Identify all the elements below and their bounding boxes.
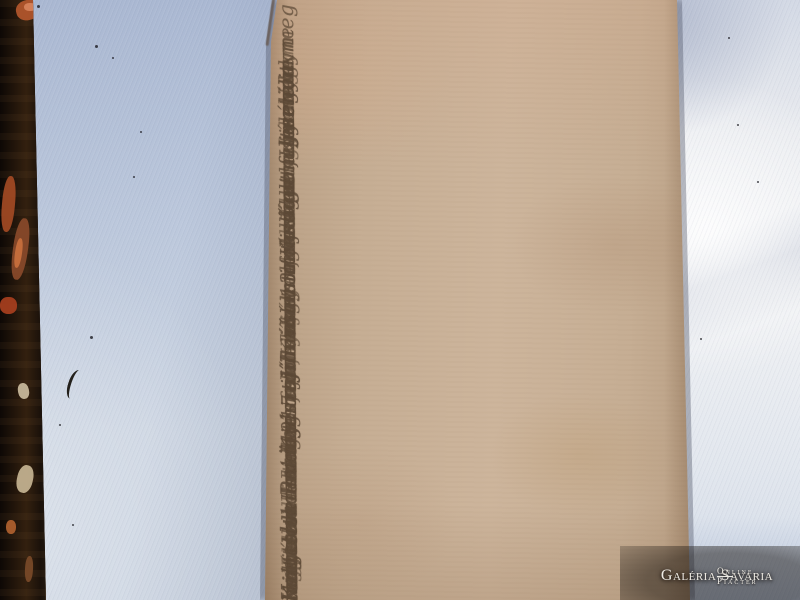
galeria-savaria-watermark: Galéria Savaria Online Piactér (634, 552, 800, 600)
dust-speck (728, 37, 730, 39)
dust-speck (112, 57, 114, 59)
signature-line: Krecska Petör (274, 374, 307, 600)
dust-speck (757, 181, 759, 183)
dust-speck (90, 336, 93, 339)
dust-speck (72, 524, 74, 526)
dust-speck (37, 5, 40, 8)
dust-speck (737, 124, 739, 126)
dust-speck (140, 131, 142, 133)
dust-speck (133, 176, 135, 178)
dust-speck (700, 338, 702, 340)
photo-of-handwritten-postcard: Kelt levelem 1915 Junius 13 Kedves feles… (0, 0, 800, 600)
handwriting-block: Kelt levelem 1915 Junius 13 Kedves feles… (271, 0, 685, 600)
dust-speck (95, 45, 98, 48)
dust-speck (59, 424, 61, 426)
watermark-dash-right (717, 576, 733, 577)
